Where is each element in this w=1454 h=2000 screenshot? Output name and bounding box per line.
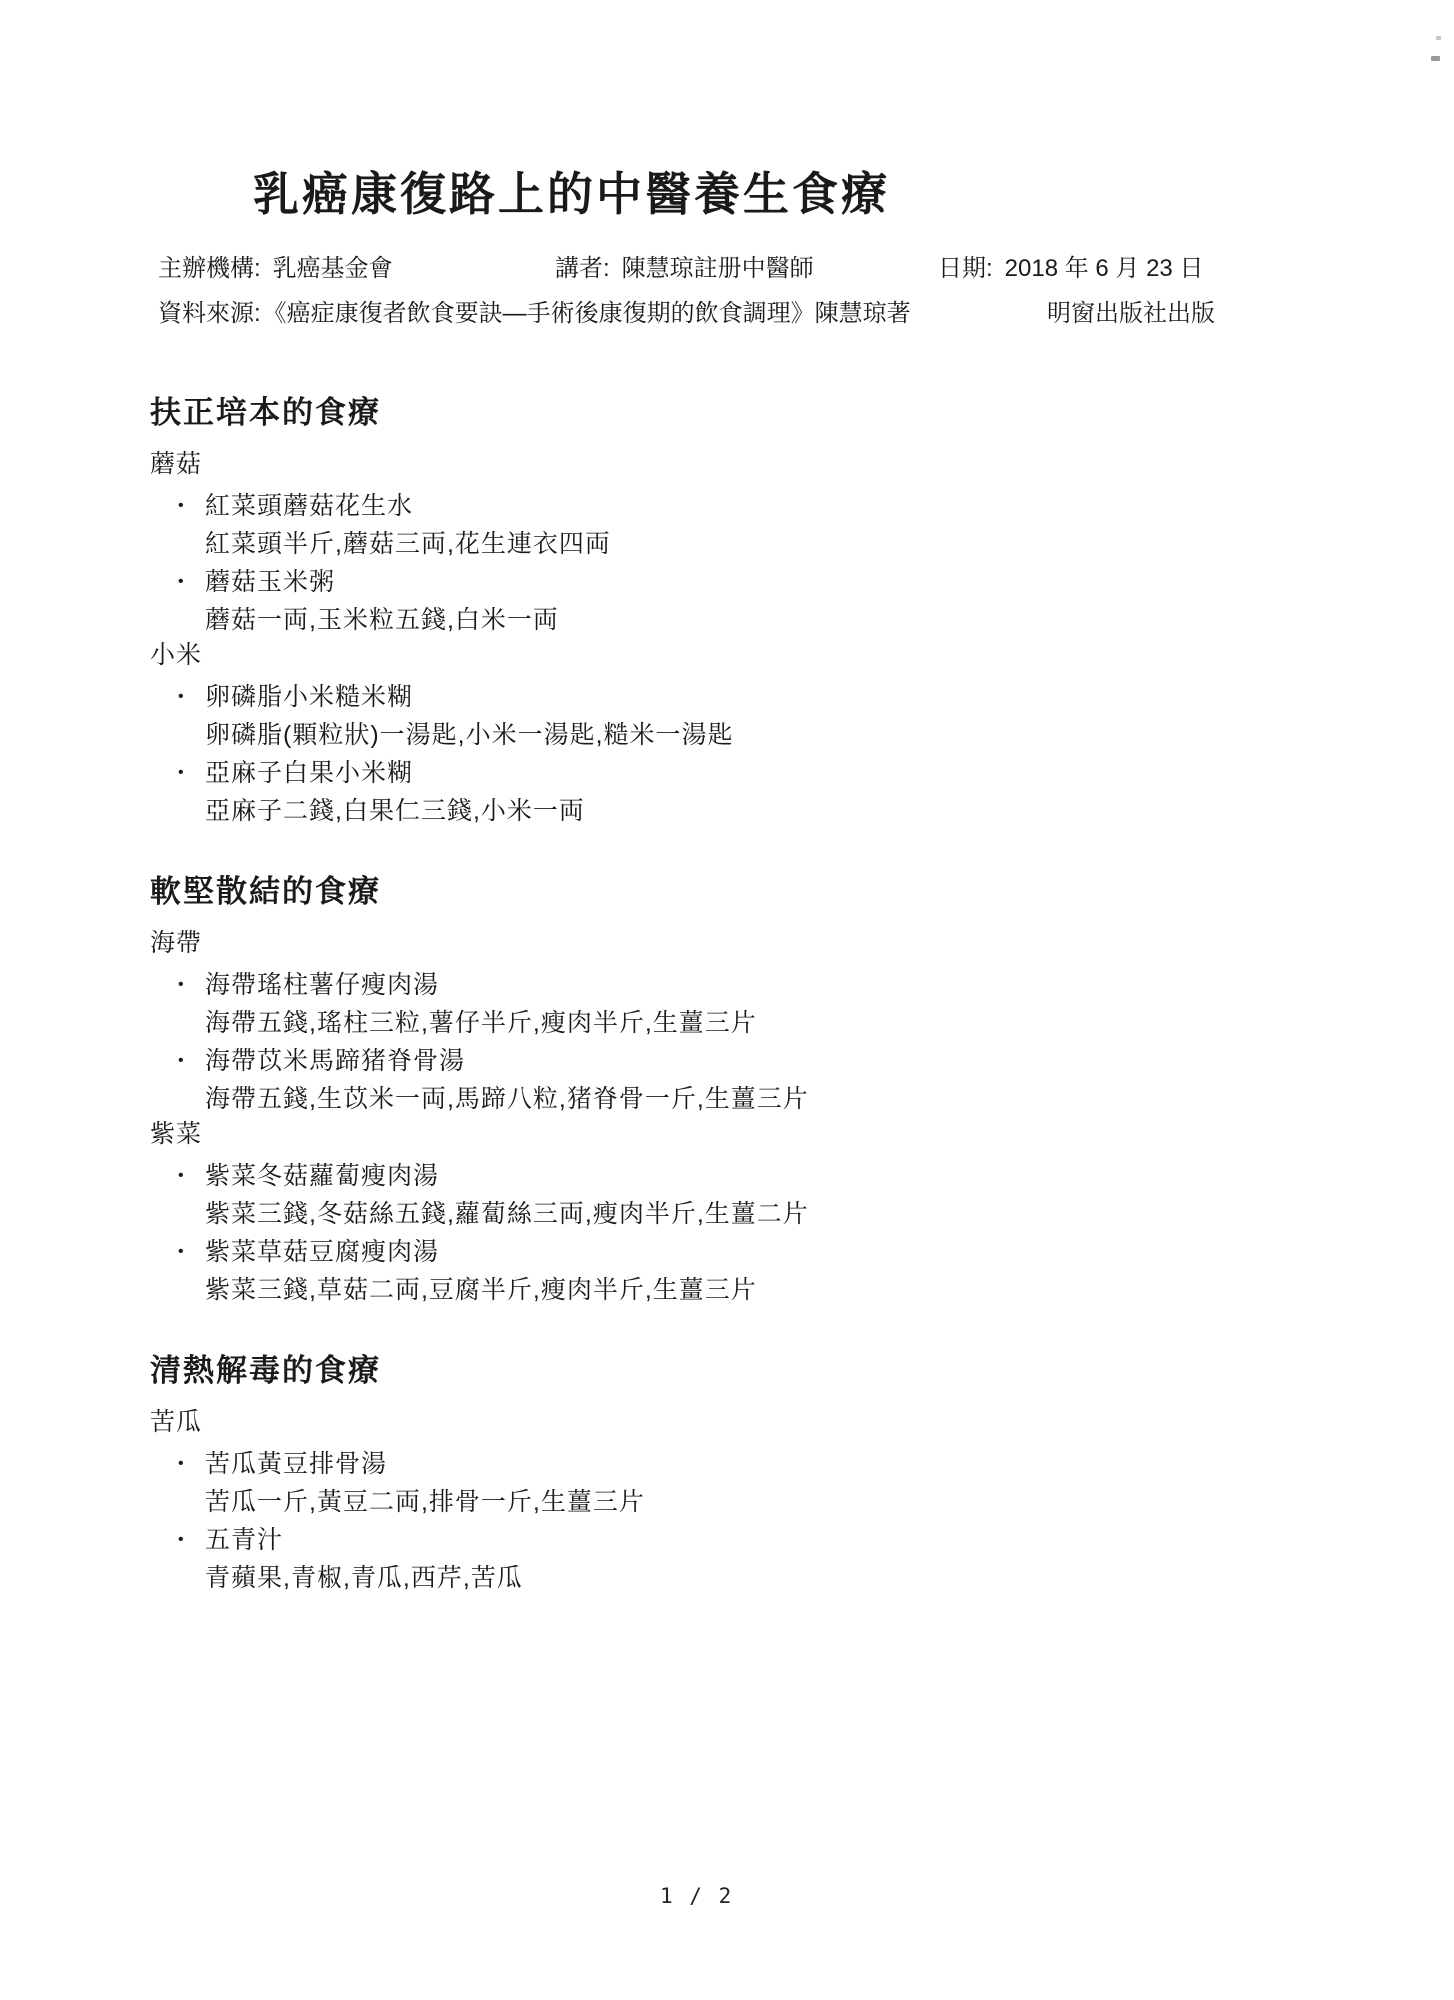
recipe-ingredients: 卵磷脂(顆粒狀)一湯匙,小米一湯匙,糙米一湯匙 [205, 716, 1454, 754]
bullet-icon: • [150, 754, 205, 830]
source-value: 《癌症康復者飲食要訣—手術後康復期的飲食調理》陳慧琼著 [263, 300, 911, 327]
recipe-list: • 海帶瑤柱薯仔瘦肉湯 海帶五錢,瑤柱三粒,薯仔半斤,瘦肉半斤,生薑三片 • 海… [150, 966, 1454, 1118]
recipe-text: 紫菜草菇豆腐瘦肉湯 紫菜三錢,草菇二両,豆腐半斤,瘦肉半斤,生薑三片 [205, 1233, 1454, 1309]
bullet-icon: • [150, 1233, 205, 1309]
ingredient-group: 蘑菇 • 紅菜頭蘑菇花生水 紅菜頭半斤,蘑菇三両,花生連衣四両 • 蘑菇玉米粥 … [150, 448, 1454, 639]
recipe-text: 五青汁 青蘋果,青椒,青瓜,西芹,苦瓜 [205, 1521, 1454, 1597]
bullet-icon: • [150, 966, 205, 1042]
recipe-text: 亞麻子白果小米糊 亞麻子二錢,白果仁三錢,小米一両 [205, 754, 1454, 830]
section-heading: 扶正培本的食療 [150, 393, 1454, 433]
page-number: 1 / 2 [660, 1884, 733, 1908]
recipe-ingredients: 青蘋果,青椒,青瓜,西芹,苦瓜 [205, 1559, 1454, 1597]
bullet-icon: • [150, 1445, 205, 1521]
speaker-value: 陳慧琼註册中醫師 [622, 255, 814, 282]
recipe-name: 海帶苡米馬蹄猪脊骨湯 [205, 1042, 1454, 1080]
date-label: 日期: [938, 255, 993, 282]
ingredient-group: 苦瓜 • 苦瓜黃豆排骨湯 苦瓜一斤,黃豆二両,排骨一斤,生薑三片 • 五青汁 青… [150, 1406, 1454, 1597]
recipe-ingredients: 紫菜三錢,草菇二両,豆腐半斤,瘦肉半斤,生薑三片 [205, 1271, 1454, 1309]
recipe-name: 苦瓜黃豆排骨湯 [205, 1445, 1454, 1483]
bullet-icon: • [150, 1521, 205, 1597]
ingredient-group: 小米 • 卵磷脂小米糙米糊 卵磷脂(顆粒狀)一湯匙,小米一湯匙,糙米一湯匙 • … [150, 639, 1454, 830]
recipe-list: • 卵磷脂小米糙米糊 卵磷脂(顆粒狀)一湯匙,小米一湯匙,糙米一湯匙 • 亞麻子… [150, 678, 1454, 830]
recipe-ingredients: 海帶五錢,瑤柱三粒,薯仔半斤,瘦肉半斤,生薑三片 [205, 1004, 1454, 1042]
section-groups: 海帶 • 海帶瑤柱薯仔瘦肉湯 海帶五錢,瑤柱三粒,薯仔半斤,瘦肉半斤,生薑三片 … [150, 927, 1454, 1309]
recipe-list: • 紫菜冬菇蘿蔔瘦肉湯 紫菜三錢,冬菇絲五錢,蘿蔔絲三両,瘦肉半斤,生薑二片 •… [150, 1157, 1454, 1309]
recipe-list: • 苦瓜黃豆排骨湯 苦瓜一斤,黃豆二両,排骨一斤,生薑三片 • 五青汁 青蘋果,… [150, 1445, 1454, 1597]
recipe-item: • 五青汁 青蘋果,青椒,青瓜,西芹,苦瓜 [150, 1521, 1454, 1597]
ingredient-group-label: 蘑菇 [150, 448, 1454, 480]
recipe-name: 五青汁 [205, 1521, 1454, 1559]
recipe-text: 紫菜冬菇蘿蔔瘦肉湯 紫菜三錢,冬菇絲五錢,蘿蔔絲三両,瘦肉半斤,生薑二片 [205, 1157, 1454, 1233]
therapy-section: 軟堅散結的食療 海帶 • 海帶瑤柱薯仔瘦肉湯 海帶五錢,瑤柱三粒,薯仔半斤,瘦肉… [150, 872, 1454, 1309]
section-groups: 蘑菇 • 紅菜頭蘑菇花生水 紅菜頭半斤,蘑菇三両,花生連衣四両 • 蘑菇玉米粥 … [150, 448, 1454, 830]
publisher-value: 明窗出版社出版 [1047, 298, 1215, 330]
section-heading: 清熱解毒的食療 [150, 1351, 1454, 1391]
therapy-section: 扶正培本的食療 蘑菇 • 紅菜頭蘑菇花生水 紅菜頭半斤,蘑菇三両,花生連衣四両 … [150, 393, 1454, 830]
bullet-icon: • [150, 487, 205, 563]
recipe-name: 海帶瑤柱薯仔瘦肉湯 [205, 966, 1454, 1004]
recipe-text: 海帶瑤柱薯仔瘦肉湯 海帶五錢,瑤柱三粒,薯仔半斤,瘦肉半斤,生薑三片 [205, 966, 1454, 1042]
recipe-item: • 苦瓜黃豆排骨湯 苦瓜一斤,黃豆二両,排骨一斤,生薑三片 [150, 1445, 1454, 1521]
ingredient-group: 海帶 • 海帶瑤柱薯仔瘦肉湯 海帶五錢,瑤柱三粒,薯仔半斤,瘦肉半斤,生薑三片 … [150, 927, 1454, 1118]
date-value: 2018 年 6 月 23 日 [1005, 255, 1204, 282]
recipe-item: • 亞麻子白果小米糊 亞麻子二錢,白果仁三錢,小米一両 [150, 754, 1454, 830]
scan-artifact [1436, 36, 1441, 40]
recipe-item: • 卵磷脂小米糙米糊 卵磷脂(顆粒狀)一湯匙,小米一湯匙,糙米一湯匙 [150, 678, 1454, 754]
speaker-field: 講者:陳慧琼註册中醫師 [555, 253, 814, 285]
scanned-document-page: 乳癌康復路上的中醫養生食療 主辦機構:乳癌基金會 講者:陳慧琼註册中醫師 日期:… [0, 0, 1454, 2000]
source-label: 資料來源: [158, 300, 261, 327]
recipe-ingredients: 海帶五錢,生苡米一両,馬蹄八粒,猪脊骨一斤,生薑三片 [205, 1080, 1454, 1118]
recipe-item: • 紅菜頭蘑菇花生水 紅菜頭半斤,蘑菇三両,花生連衣四両 [150, 487, 1454, 563]
recipe-ingredients: 蘑菇一両,玉米粒五錢,白米一両 [205, 601, 1454, 639]
source-field: 資料來源:《癌症康復者飲食要訣—手術後康復期的飲食調理》陳慧琼著 [158, 298, 911, 330]
organizer-field: 主辦機構:乳癌基金會 [158, 253, 393, 285]
therapy-section: 清熱解毒的食療 苦瓜 • 苦瓜黃豆排骨湯 苦瓜一斤,黃豆二両,排骨一斤,生薑三片… [150, 1351, 1454, 1597]
ingredient-group-label: 紫菜 [150, 1118, 1454, 1150]
recipe-ingredients: 紅菜頭半斤,蘑菇三両,花生連衣四両 [205, 525, 1454, 563]
recipe-ingredients: 苦瓜一斤,黃豆二両,排骨一斤,生薑三片 [205, 1483, 1454, 1521]
recipe-name: 卵磷脂小米糙米糊 [205, 678, 1454, 716]
document-body: 扶正培本的食療 蘑菇 • 紅菜頭蘑菇花生水 紅菜頭半斤,蘑菇三両,花生連衣四両 … [150, 393, 1454, 1597]
recipe-name: 紅菜頭蘑菇花生水 [205, 487, 1454, 525]
bullet-icon: • [150, 678, 205, 754]
ingredient-group-label: 海帶 [150, 927, 1454, 959]
recipe-list: • 紅菜頭蘑菇花生水 紅菜頭半斤,蘑菇三両,花生連衣四両 • 蘑菇玉米粥 蘑菇一… [150, 487, 1454, 639]
recipe-item: • 紫菜冬菇蘿蔔瘦肉湯 紫菜三錢,冬菇絲五錢,蘿蔔絲三両,瘦肉半斤,生薑二片 [150, 1157, 1454, 1233]
bullet-icon: • [150, 1157, 205, 1233]
ingredient-group-label: 苦瓜 [150, 1406, 1454, 1438]
document-meta-row-1: 主辦機構:乳癌基金會 講者:陳慧琼註册中醫師 日期:2018 年 6 月 23 … [150, 253, 1454, 285]
recipe-name: 蘑菇玉米粥 [205, 563, 1454, 601]
recipe-name: 紫菜草菇豆腐瘦肉湯 [205, 1233, 1454, 1271]
speaker-label: 講者: [555, 255, 610, 282]
recipe-name: 亞麻子白果小米糊 [205, 754, 1454, 792]
recipe-name: 紫菜冬菇蘿蔔瘦肉湯 [205, 1157, 1454, 1195]
date-field: 日期:2018 年 6 月 23 日 [938, 253, 1203, 285]
recipe-text: 蘑菇玉米粥 蘑菇一両,玉米粒五錢,白米一両 [205, 563, 1454, 639]
document-title: 乳癌康復路上的中醫養生食療 [253, 166, 1454, 222]
organizer-label: 主辦機構: [158, 255, 261, 282]
recipe-item: • 海帶苡米馬蹄猪脊骨湯 海帶五錢,生苡米一両,馬蹄八粒,猪脊骨一斤,生薑三片 [150, 1042, 1454, 1118]
recipe-text: 卵磷脂小米糙米糊 卵磷脂(顆粒狀)一湯匙,小米一湯匙,糙米一湯匙 [205, 678, 1454, 754]
scan-artifact [1431, 56, 1440, 61]
recipe-ingredients: 紫菜三錢,冬菇絲五錢,蘿蔔絲三両,瘦肉半斤,生薑二片 [205, 1195, 1454, 1233]
organizer-value: 乳癌基金會 [273, 255, 393, 282]
recipe-ingredients: 亞麻子二錢,白果仁三錢,小米一両 [205, 792, 1454, 830]
recipe-item: • 蘑菇玉米粥 蘑菇一両,玉米粒五錢,白米一両 [150, 563, 1454, 639]
recipe-text: 海帶苡米馬蹄猪脊骨湯 海帶五錢,生苡米一両,馬蹄八粒,猪脊骨一斤,生薑三片 [205, 1042, 1454, 1118]
section-heading: 軟堅散結的食療 [150, 872, 1454, 912]
bullet-icon: • [150, 1042, 205, 1118]
document-meta-row-2: 資料來源:《癌症康復者飲食要訣—手術後康復期的飲食調理》陳慧琼著 明窗出版社出版 [150, 298, 1454, 330]
ingredient-group: 紫菜 • 紫菜冬菇蘿蔔瘦肉湯 紫菜三錢,冬菇絲五錢,蘿蔔絲三両,瘦肉半斤,生薑二… [150, 1118, 1454, 1309]
recipe-item: • 海帶瑤柱薯仔瘦肉湯 海帶五錢,瑤柱三粒,薯仔半斤,瘦肉半斤,生薑三片 [150, 966, 1454, 1042]
bullet-icon: • [150, 563, 205, 639]
recipe-item: • 紫菜草菇豆腐瘦肉湯 紫菜三錢,草菇二両,豆腐半斤,瘦肉半斤,生薑三片 [150, 1233, 1454, 1309]
recipe-text: 紅菜頭蘑菇花生水 紅菜頭半斤,蘑菇三両,花生連衣四両 [205, 487, 1454, 563]
section-groups: 苦瓜 • 苦瓜黃豆排骨湯 苦瓜一斤,黃豆二両,排骨一斤,生薑三片 • 五青汁 青… [150, 1406, 1454, 1597]
recipe-text: 苦瓜黃豆排骨湯 苦瓜一斤,黃豆二両,排骨一斤,生薑三片 [205, 1445, 1454, 1521]
ingredient-group-label: 小米 [150, 639, 1454, 671]
